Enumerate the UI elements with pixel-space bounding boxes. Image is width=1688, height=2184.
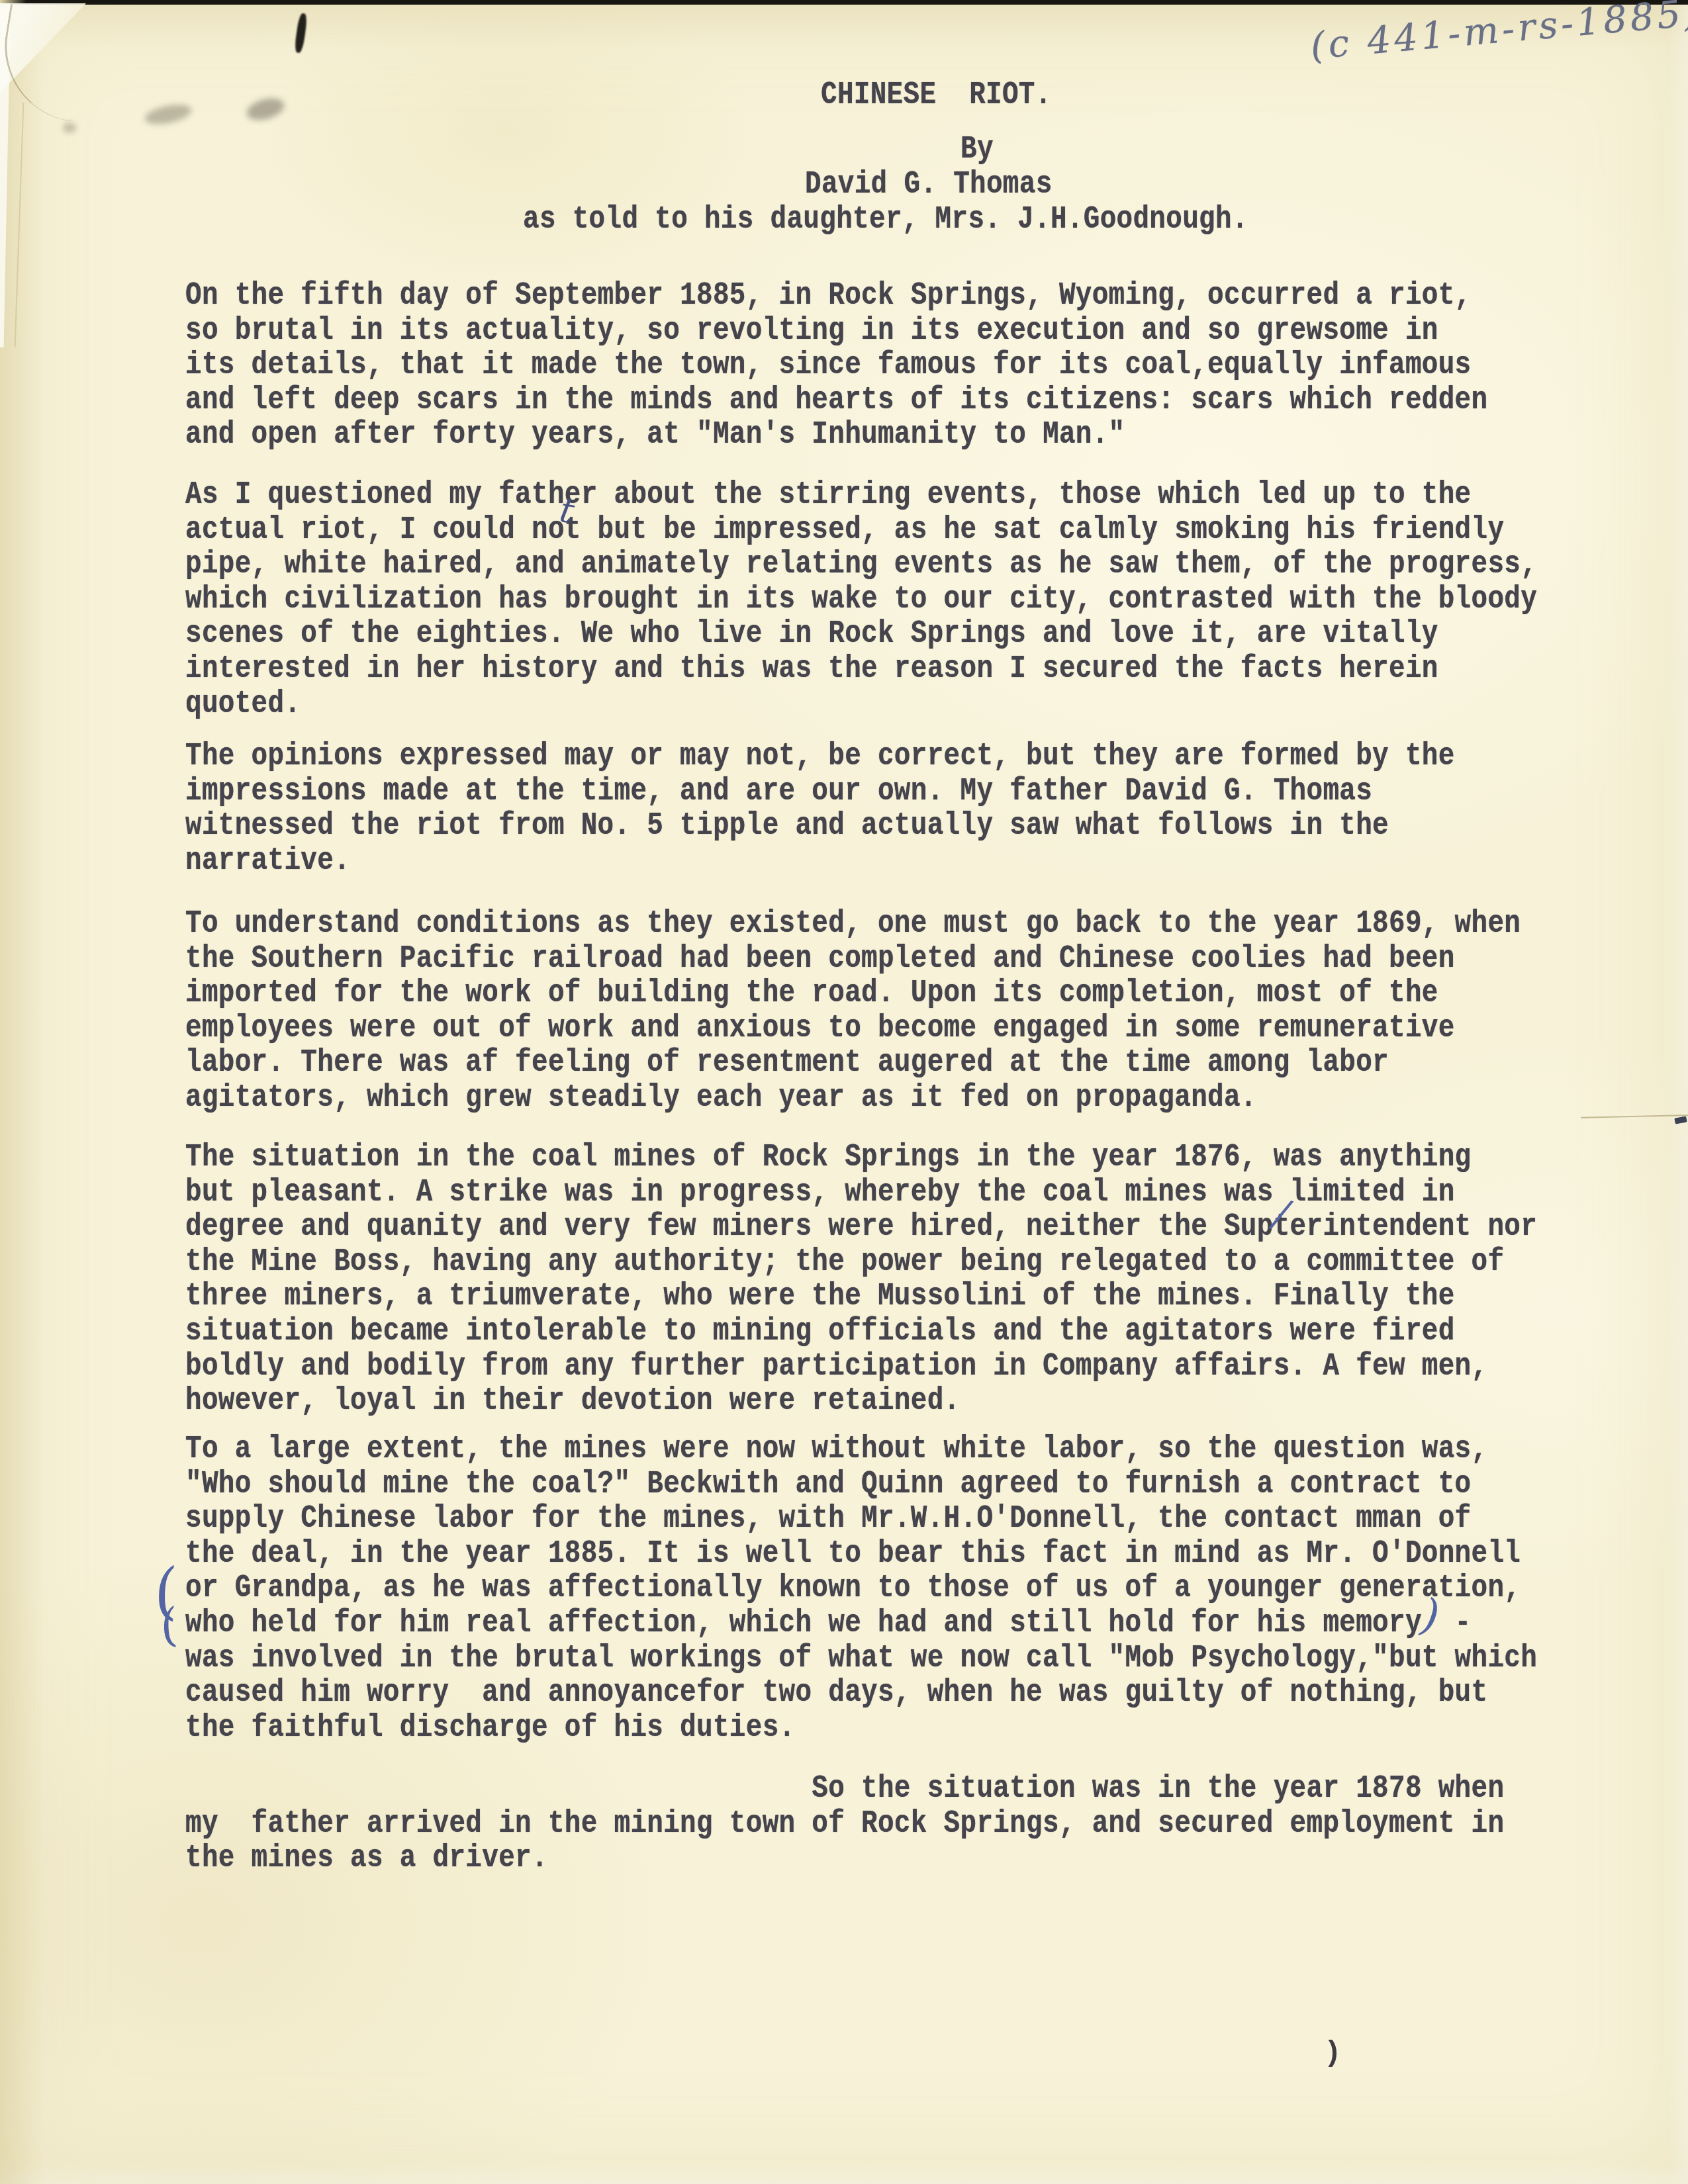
paragraph: On the fifth day of September 1885, in R… <box>185 279 1487 453</box>
ink-smudge <box>143 101 193 128</box>
text-line: quoted. <box>185 684 1537 725</box>
ink-smudge <box>244 95 287 124</box>
byline-told-to: as told to his daughter, Mrs. J.H.Goodno… <box>523 199 1248 240</box>
text-line: agitators, which grew steadily each year… <box>185 1077 1521 1118</box>
paragraph: So the situation was in the year 1878 wh… <box>185 1772 1504 1876</box>
page-title: CHINESE RIOT. <box>821 75 1052 116</box>
paragraph: As I questioned my father about the stir… <box>185 478 1537 721</box>
ink-smudge <box>63 122 76 133</box>
text-line: however, loyal in their devotion were re… <box>185 1381 1537 1422</box>
paragraph: To understand conditions as they existed… <box>185 907 1521 1116</box>
text-line: the faithful discharge of his duties. <box>185 1707 1537 1749</box>
scan-edge-strip <box>26 0 1688 5</box>
text-line: and open after forty years, at "Man's In… <box>185 415 1487 456</box>
corner-crease-line <box>0 4 88 121</box>
paragraph: The opinions expressed may or may not, b… <box>185 739 1455 878</box>
right-edge-tear-crease <box>1581 1115 1688 1118</box>
right-edge-tear-mark <box>1674 1116 1687 1124</box>
paragraph: The situation in the coal mines of Rock … <box>185 1140 1537 1419</box>
archival-annotation: (c 441-m-rs-1885) <box>1309 0 1688 68</box>
text-line: narrative. <box>185 841 1455 882</box>
left-edge-crease <box>15 103 24 347</box>
ink-dash-mark <box>294 13 308 53</box>
paragraph: To a large extent, the mines were now wi… <box>185 1432 1537 1745</box>
scanned-page: (c 441-m-rs-1885) CHINESE RIOT. By David… <box>0 0 1688 2184</box>
text-line: the mines as a driver. <box>185 1838 1504 1879</box>
stray-paren-mark: ) <box>1324 2037 1341 2070</box>
